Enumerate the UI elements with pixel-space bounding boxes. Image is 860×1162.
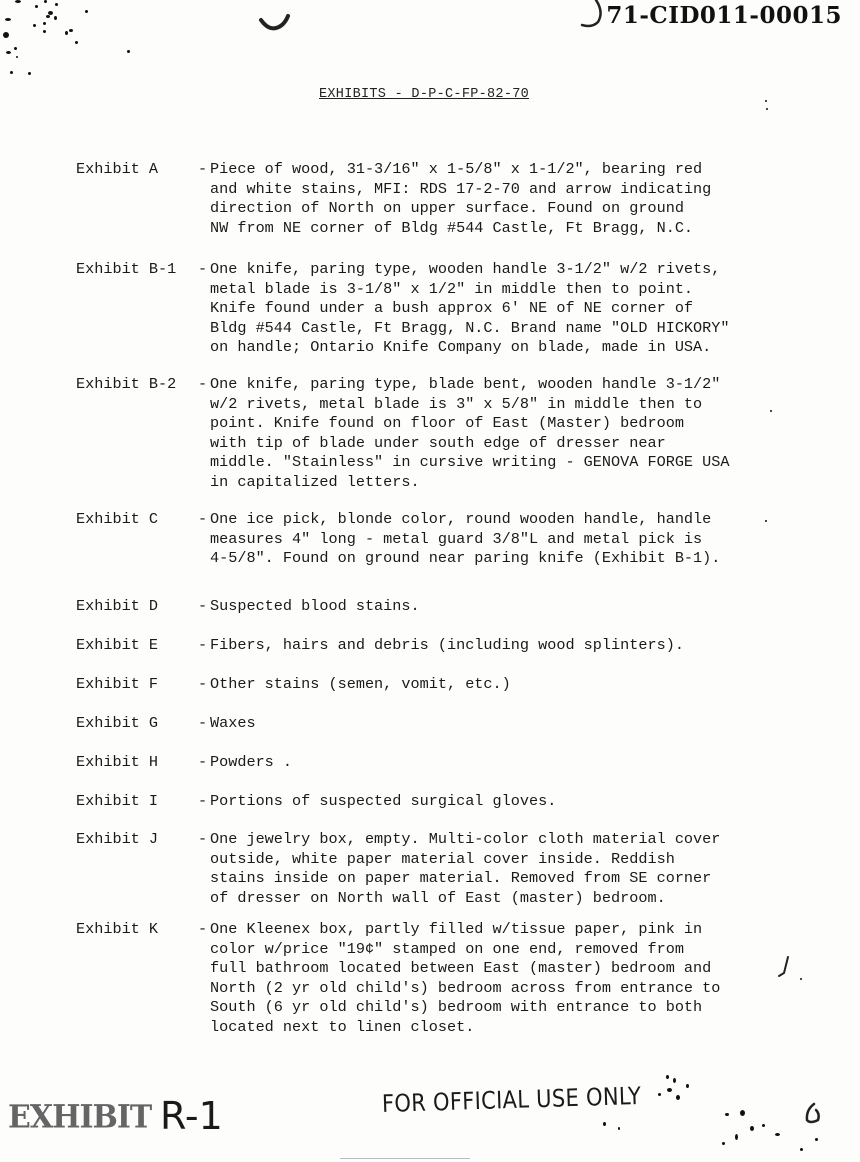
exhibit-description: Other stains (semen, vomit, etc.) — [210, 675, 780, 695]
description-line: color w/price "19¢" stamped on one end, … — [210, 940, 780, 960]
exhibit-description: Piece of wood, 31-3/16" x 1-5/8" x 1-1/2… — [210, 160, 780, 238]
exhibit-entry: Exhibit B-1-One knife, paring type, wood… — [76, 260, 780, 358]
exhibit-label: Exhibit B-2 — [76, 375, 198, 493]
description-line: One Kleenex box, partly filled w/tissue … — [210, 920, 780, 940]
exhibit-label: Exhibit F — [76, 675, 198, 695]
description-line: direction of North on upper surface. Fou… — [210, 199, 780, 219]
exhibit-description: One Kleenex box, partly filled w/tissue … — [210, 920, 780, 1038]
handwritten-mark-icon — [258, 12, 294, 36]
description-line: located next to linen closet. — [210, 1018, 780, 1038]
exhibit-dash: - — [198, 636, 210, 656]
exhibit-dash: - — [198, 160, 210, 238]
description-line: and white stains, MFI: RDS 17-2-70 and a… — [210, 180, 780, 200]
description-line: with tip of blade under south edge of dr… — [210, 434, 780, 454]
description-line: Bldg #544 Castle, Ft Bragg, N.C. Brand n… — [210, 319, 780, 339]
exhibit-entry: Exhibit H-Powders . — [76, 753, 780, 773]
exhibit-description: Waxes — [210, 714, 780, 734]
exhibit-entry: Exhibit E-Fibers, hairs and debris (incl… — [76, 636, 780, 656]
exhibit-entry: Exhibit B-2-One knife, paring type, blad… — [76, 375, 780, 493]
exhibit-description: Fibers, hairs and debris (including wood… — [210, 636, 780, 656]
exhibit-label: Exhibit G — [76, 714, 198, 734]
description-line: South (6 yr old child's) bedroom with en… — [210, 998, 780, 1018]
document-page: 71-CID011-00015 EXHIBITS - D-P-C-FP-82-7… — [0, 0, 860, 1162]
description-line: One knife, paring type, wooden handle 3-… — [210, 260, 780, 280]
exhibit-entry: Exhibit C-One ice pick, blonde color, ro… — [76, 510, 780, 569]
exhibit-dash: - — [198, 792, 210, 812]
exhibit-entry: Exhibit F-Other stains (semen, vomit, et… — [76, 675, 780, 695]
description-line: outside, white paper material cover insi… — [210, 850, 780, 870]
description-line: Knife found under a bush approx 6' NE of… — [210, 299, 780, 319]
exhibit-entry: Exhibit D-Suspected blood stains. — [76, 597, 780, 617]
classification-stamp: FOR OFFICIAL USE ONLY — [382, 1082, 642, 1118]
exhibit-description: Powders . — [210, 753, 780, 773]
description-line: One jewelry box, empty. Multi-color clot… — [210, 830, 780, 850]
exhibit-dash: - — [198, 714, 210, 734]
description-line: One knife, paring type, blade bent, wood… — [210, 375, 780, 395]
exhibit-dash: - — [198, 830, 210, 908]
description-line: Fibers, hairs and debris (including wood… — [210, 636, 780, 656]
description-line: Waxes — [210, 714, 780, 734]
exhibit-label: Exhibit J — [76, 830, 198, 908]
description-line: on handle; Ontario Knife Company on blad… — [210, 338, 780, 358]
description-line: middle. "Stainless" in cursive writing -… — [210, 453, 780, 473]
description-line: Other stains (semen, vomit, etc.) — [210, 675, 780, 695]
exhibit-description: Portions of suspected surgical gloves. — [210, 792, 780, 812]
exhibit-description: One jewelry box, empty. Multi-color clot… — [210, 830, 780, 908]
exhibit-label: Exhibit B-1 — [76, 260, 198, 358]
exhibit-entry: Exhibit J-One jewelry box, empty. Multi-… — [76, 830, 780, 908]
exhibit-dash: - — [198, 675, 210, 695]
exhibit-description: One ice pick, blonde color, round wooden… — [210, 510, 780, 569]
exhibit-dash: - — [198, 920, 210, 1038]
description-line: Portions of suspected surgical gloves. — [210, 792, 780, 812]
exhibit-label: Exhibit I — [76, 792, 198, 812]
exhibit-label: Exhibit D — [76, 597, 198, 617]
description-line: 4-5/8". Found on ground near paring knif… — [210, 549, 780, 569]
description-line: measures 4" long - metal guard 3/8"L and… — [210, 530, 780, 550]
description-line: of dresser on North wall of East (master… — [210, 889, 780, 909]
exhibit-label: Exhibit K — [76, 920, 198, 1038]
exhibit-id-stamp: R-1 — [160, 1094, 223, 1138]
description-line: Piece of wood, 31-3/16" x 1-5/8" x 1-1/2… — [210, 160, 780, 180]
exhibit-dash: - — [198, 260, 210, 358]
description-line: full bathroom located between East (mast… — [210, 959, 780, 979]
exhibit-label: Exhibit E — [76, 636, 198, 656]
description-line: One ice pick, blonde color, round wooden… — [210, 510, 780, 530]
exhibit-dash: - — [198, 510, 210, 569]
description-line: Powders . — [210, 753, 780, 773]
document-number: 71-CID011-00015 — [606, 2, 842, 29]
exhibit-stamp: EXHIBIT — [8, 1099, 151, 1136]
scan-artifact-line — [340, 1158, 470, 1159]
exhibit-description: One knife, paring type, blade bent, wood… — [210, 375, 780, 493]
exhibit-entry: Exhibit K-One Kleenex box, partly filled… — [76, 920, 780, 1038]
exhibit-label: Exhibit C — [76, 510, 198, 569]
description-line: stains inside on paper material. Removed… — [210, 869, 780, 889]
exhibit-entry: Exhibit A-Piece of wood, 31-3/16" x 1-5/… — [76, 160, 780, 238]
exhibit-dash: - — [198, 375, 210, 493]
description-line: NW from NE corner of Bldg #544 Castle, F… — [210, 219, 780, 239]
exhibit-label: Exhibit A — [76, 160, 198, 238]
description-line: in capitalized letters. — [210, 473, 780, 493]
exhibit-label: Exhibit H — [76, 753, 198, 773]
exhibit-dash: - — [198, 753, 210, 773]
exhibit-dash: - — [198, 597, 210, 617]
exhibit-description: One knife, paring type, wooden handle 3-… — [210, 260, 780, 358]
description-line: w/2 rivets, metal blade is 3" x 5/8" in … — [210, 395, 780, 415]
exhibit-entry: Exhibit I-Portions of suspected surgical… — [76, 792, 780, 812]
description-line: metal blade is 3-1/8" x 1/2" in middle t… — [210, 280, 780, 300]
handwritten-curve-icon — [578, 0, 608, 30]
handwritten-initial-icon — [800, 1102, 824, 1128]
description-line: North (2 yr old child's) bedroom across … — [210, 979, 780, 999]
exhibit-entry: Exhibit G-Waxes — [76, 714, 780, 734]
page-title: EXHIBITS - D-P-C-FP-82-70 — [319, 87, 529, 102]
description-line: point. Knife found on floor of East (Mas… — [210, 414, 780, 434]
description-line: Suspected blood stains. — [210, 597, 780, 617]
exhibit-description: Suspected blood stains. — [210, 597, 780, 617]
